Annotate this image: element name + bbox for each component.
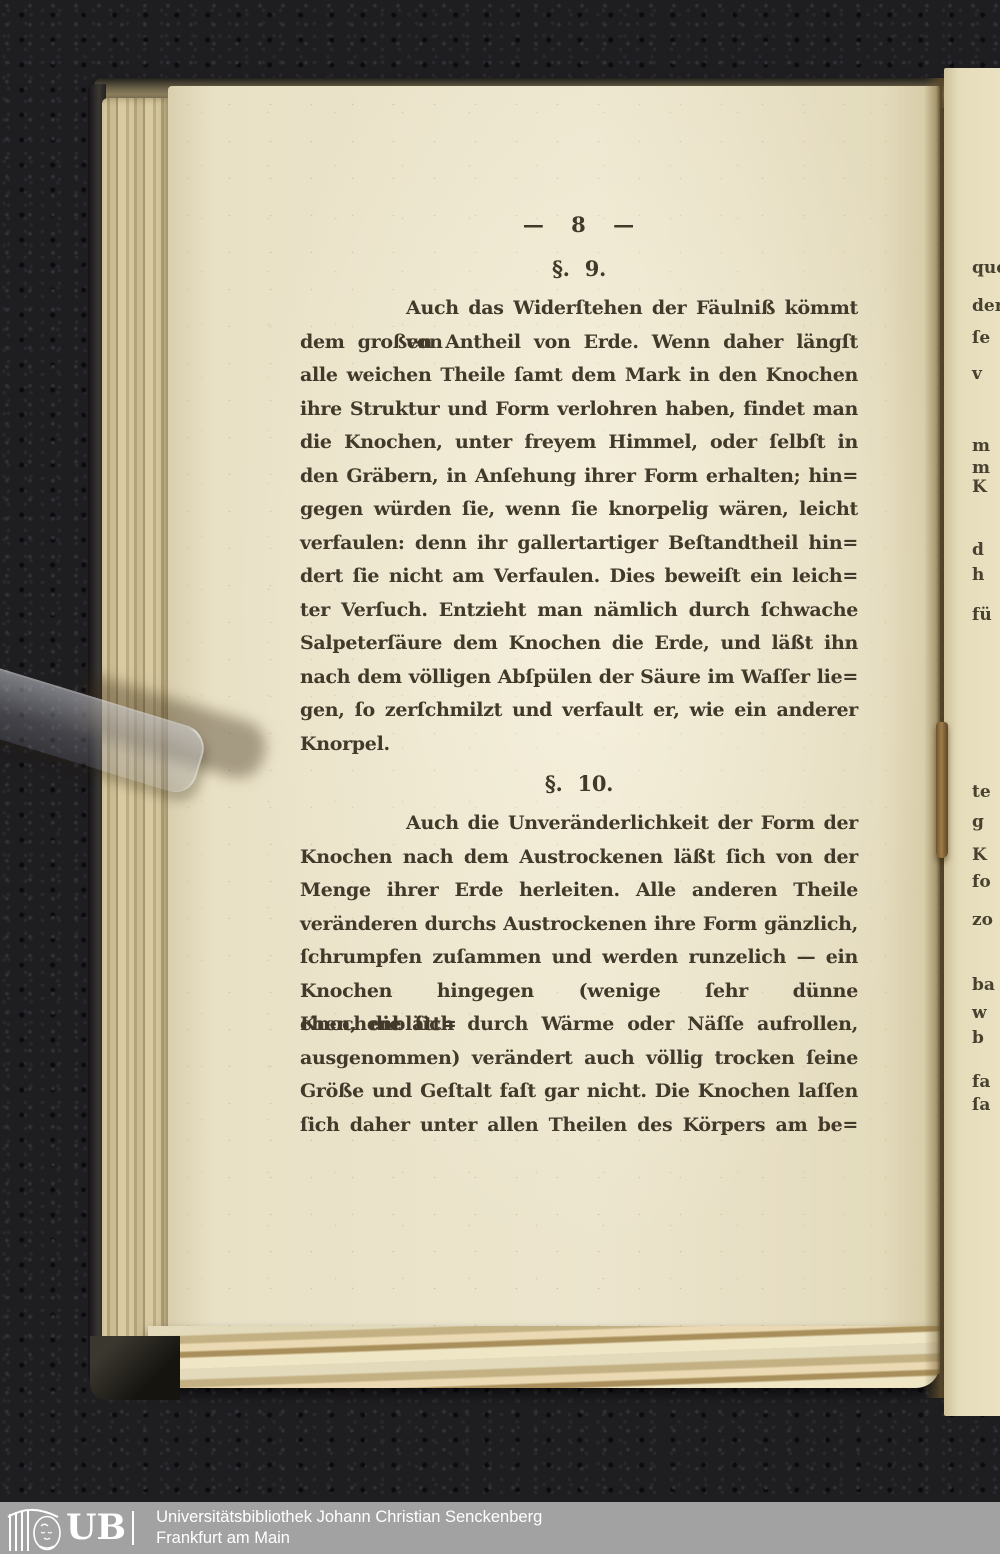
facing-page-text-fragment: v — [972, 364, 982, 384]
facing-page-text-fragment: d — [972, 540, 984, 560]
facing-page-text-fragment: K — [972, 477, 987, 497]
ub-logo: UB — [6, 1504, 134, 1552]
page-text-block: — 8 — §. 9.Auch das Widerſtehen der Fäul… — [300, 212, 858, 1142]
facing-page-text-fragment: que — [972, 258, 1000, 278]
facing-page-text-fragment: ſe — [972, 328, 990, 348]
page-number: — 8 — — [300, 212, 858, 246]
text-line: ſchrumpfen zuſammen und werden runzelich… — [300, 941, 858, 975]
paragraph: Auch die Unveränderlichkeit der Form der… — [300, 807, 858, 1142]
facing-page-text-fragment: fa — [972, 1072, 990, 1092]
logo-divider — [132, 1511, 134, 1545]
page-sections: §. 9.Auch das Widerſtehen der Fäulniß kö… — [300, 256, 858, 1142]
facing-page-text-fragment: ba — [972, 975, 995, 995]
facing-page-text-fragment: zo — [972, 910, 993, 930]
text-line: Salpeterſäure dem Knochen die Erde, und … — [300, 627, 858, 661]
banner-text: Universitätsbibliothek Johann Christian … — [156, 1507, 542, 1549]
facing-page-text-fragment: g — [972, 812, 984, 832]
banner-line2: Frankfurt am Main — [156, 1528, 542, 1549]
binding-cord — [936, 722, 948, 858]
library-banner: UB Universitätsbibliothek Johann Christi… — [0, 1502, 1000, 1554]
text-line: nach dem völligen Abſpülen der Säure im … — [300, 661, 858, 695]
facing-page-text-fragment: ſa — [972, 1095, 990, 1115]
facing-page-text-fragment: b — [972, 1028, 984, 1048]
facing-page-text-fragment: te — [972, 782, 991, 802]
text-line: Knorpel. — [300, 728, 858, 762]
banner-line1: Universitätsbibliothek Johann Christian … — [156, 1507, 542, 1528]
facing-page-text-fragment: h — [972, 565, 984, 585]
paragraph: Auch das Widerſtehen der Fäulniß kömmt v… — [300, 292, 858, 761]
text-line: verfaulen: denn ihr gallertartiger Beſta… — [300, 527, 858, 561]
scanned-book-photo: — 8 — §. 9.Auch das Widerſtehen der Fäul… — [0, 0, 1000, 1554]
text-line: dem großen Antheil von Erde. Wenn daher … — [300, 326, 858, 360]
facing-page-text-fragment: K — [972, 845, 987, 865]
facing-page-text-fragment: fü — [972, 605, 992, 625]
text-line: dert ſie nicht am Verfaulen. Dies beweiſ… — [300, 560, 858, 594]
section-heading: §. 10. — [300, 771, 858, 801]
text-line: Menge ihrer Erde herleiten. Alle anderen… — [300, 874, 858, 908]
text-line: Knochen hingegen (wenige ſehr dünne Knoc… — [300, 975, 858, 1009]
facing-page-text-fragment: fo — [972, 872, 991, 892]
text-line: ausgenommen) verändert auch völlig trock… — [300, 1042, 858, 1076]
text-line: veränderen durchs Austrockenen ihre Form… — [300, 908, 858, 942]
text-line: gegen würden ſie, wenn ſie knorpelig wär… — [300, 493, 858, 527]
text-line: ter Verſuch. Entzieht man nämlich durch … — [300, 594, 858, 628]
facing-page-text-fragment: m — [972, 458, 990, 478]
text-line: Auch das Widerſtehen der Fäulniß kömmt v… — [300, 292, 858, 326]
text-line: ihre Struktur und Form verlohren haben, … — [300, 393, 858, 427]
text-line: Größe und Geſtalt faſt gar nicht. Die Kn… — [300, 1075, 858, 1109]
text-line: Auch die Unveränderlichkeit der Form der — [300, 807, 858, 841]
text-line: gen, ſo zerſchmilzt und verfault er, wie… — [300, 694, 858, 728]
text-line: die Knochen, unter freyem Himmel, oder ſ… — [300, 426, 858, 460]
facing-page-text-fragment: m — [972, 436, 990, 456]
facing-page-text-fragment: w — [972, 1003, 987, 1023]
text-line: alle weichen Theile ſamt dem Mark in den… — [300, 359, 858, 393]
facing-page-text-fragments: quederſevmmKdhfütegKfozobawbfaſa — [972, 0, 1000, 1300]
facing-page-text-fragment: der — [972, 296, 1000, 316]
page-bottom-deckle-edge — [148, 1326, 940, 1388]
text-line: ſich daher unter allen Theilen des Körpe… — [300, 1109, 858, 1143]
text-line: Knochen nach dem Austrockenen läßt ſich … — [300, 841, 858, 875]
ub-logo-graphic — [6, 1504, 64, 1552]
text-line: chen, die ſich durch Wärme oder Näſſe au… — [300, 1008, 858, 1042]
book-cover-bottom-left-corner — [90, 1336, 180, 1400]
ub-logo-text: UB — [66, 1506, 126, 1550]
section-heading: §. 9. — [300, 256, 858, 286]
text-line: den Gräbern, in Anſehung ihrer Form erha… — [300, 460, 858, 494]
